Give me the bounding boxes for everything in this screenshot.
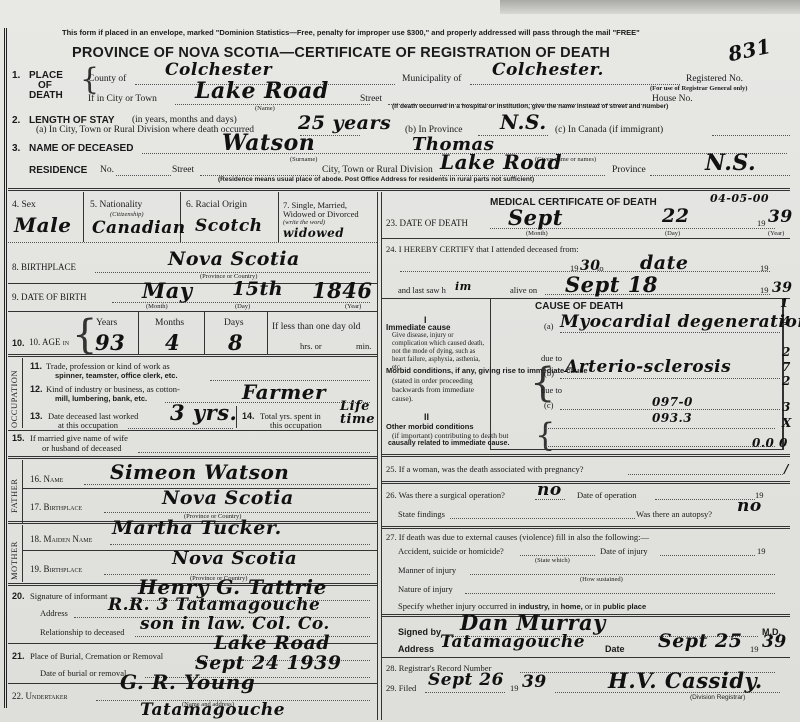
age-months-label: Months: [155, 318, 184, 328]
autopsy-label: Was there an autopsy?: [636, 509, 712, 519]
length-of-stay-num: 2.: [12, 115, 20, 126]
spouse-line1: If married give name of wife: [30, 433, 128, 443]
cause-a-value: Myocardial degeneration: [560, 312, 800, 332]
coding-mark: 0.0 0: [752, 436, 788, 450]
q11-line2: spinner, teamster, office clerk, etc.: [55, 371, 178, 380]
other-conditions-bold: causally related to immediate cause.: [388, 440, 509, 447]
deceased-name-label: NAME OF DECEASED: [29, 143, 133, 154]
alive-on-label: alive on: [510, 285, 537, 295]
mother-side-label: MOTHER: [9, 541, 19, 580]
cause-a-label: (a): [544, 321, 553, 331]
due-to-2: due to: [541, 385, 562, 395]
q11-line1: Trade, profession or kind of work as: [46, 361, 170, 371]
hrs-label: hrs. or: [300, 341, 322, 351]
manner-label: Manner of injury: [398, 565, 456, 575]
stay-province-value: N.S.: [500, 110, 547, 134]
brace: {: [535, 416, 555, 454]
dob-day: 15th: [232, 278, 283, 300]
alive-year-prefix: 19: [760, 285, 769, 295]
registered-no-note: (For use of Registrar General only): [650, 85, 747, 92]
q27-label: 27. If death was due to external causes …: [386, 532, 649, 542]
nationality-label: 5. Nationality: [90, 200, 142, 210]
mailing-notice: This form if placed in an envelope, mark…: [62, 28, 640, 37]
residence-city-value: Lake Road: [440, 150, 562, 174]
cause-b-value: Arterio-sclerosis: [565, 357, 731, 377]
q26-value: no: [537, 480, 562, 500]
street-label: Street: [360, 94, 382, 104]
hospital-note: (If death occurred in a hospital or inst…: [392, 103, 668, 110]
informant-address-label: Address: [40, 608, 68, 618]
father-birthplace-value: Nova Scotia: [162, 487, 294, 509]
alive-year: 39: [772, 280, 792, 296]
q12-value: Farmer: [242, 380, 326, 404]
min-label: min.: [356, 341, 371, 351]
stay-canada-label: (c) In Canada (if immigrant): [555, 125, 663, 135]
filed-label: 29. Filed: [386, 683, 416, 693]
dob-label: 9. DATE OF BIRTH: [12, 292, 86, 302]
other-conditions-note: (if important) contributing to death but: [392, 431, 508, 440]
q14-num: 14.: [242, 411, 255, 421]
left-border: [4, 28, 7, 708]
filed-year: 39: [522, 672, 547, 692]
residence-note: (Residence means usual place of abode. P…: [218, 176, 534, 183]
age-label: 10. AGE in: [29, 337, 69, 347]
age-months-value: 4: [165, 330, 180, 355]
last-saw-pronoun: im: [455, 280, 472, 293]
spouse-num: 15.: [12, 433, 25, 443]
cause-code-2: 093.3: [652, 411, 692, 425]
dod-year-caption: (Year): [768, 230, 784, 237]
immediate-cause-label: Immediate cause: [386, 323, 450, 332]
mother-maiden-label: 18. Maiden Name: [30, 534, 92, 544]
dob-month-caption: (Month): [146, 303, 168, 310]
signature-year: 39: [762, 632, 787, 652]
coding-mark: 2: [782, 345, 791, 359]
burial-place-label: Place of Burial, Cremation or Removal: [30, 651, 163, 661]
racial-origin-label: 6. Racial Origin: [186, 200, 247, 210]
father-name-label: 16. Name: [30, 474, 63, 484]
findings-label: State findings: [398, 509, 445, 519]
relationship-label: Relationship to deceased: [40, 627, 125, 637]
place-of-death-num: 1.: [12, 70, 20, 81]
father-side-label: FATHER: [9, 479, 19, 514]
dod-month: Sept: [508, 205, 563, 230]
informant-signature-label: Signature of informant: [30, 591, 107, 601]
q11-num: 11.: [30, 361, 42, 371]
cause-c-label: (c): [544, 400, 553, 410]
q12-num: 12.: [30, 384, 43, 394]
dod-day: 22: [662, 205, 689, 227]
alive-on-value: Sept 18: [565, 272, 658, 297]
age-num: 10.: [12, 338, 25, 348]
length-of-stay-note: (in years, months and days): [132, 115, 237, 125]
q14-line2: this occupation: [270, 420, 322, 430]
injury-date-label: Date of injury: [600, 546, 648, 556]
county-label: County of: [88, 74, 126, 84]
dob-day-caption: (Day): [235, 303, 250, 310]
cause-heading: CAUSE OF DEATH: [535, 301, 623, 312]
father-name-value: Simeon Watson: [110, 460, 289, 484]
municipality-value: Colchester.: [492, 60, 604, 80]
q13-value: 3 yrs.: [170, 400, 237, 425]
brace: {: [72, 312, 97, 358]
dod-month-caption: (Month): [526, 230, 548, 237]
to-value: date: [640, 252, 688, 274]
accident-label: Accident, suicide or homicide?: [398, 546, 504, 556]
residence-no-label: No.: [100, 165, 114, 175]
injury-year-prefix: 19: [757, 546, 766, 556]
age-days-value: 8: [228, 330, 243, 355]
spouse-line2: or husband of deceased: [42, 443, 122, 453]
division-registrar-value: H.V. Cassidy.: [608, 668, 763, 693]
q13-num: 13.: [30, 411, 43, 421]
doctor-address-value: Tatamagouche: [440, 632, 585, 652]
to-year-prefix: 19: [760, 263, 769, 273]
city-or-town-label: If in City or Town: [88, 94, 157, 104]
signed-by-label: Signed by: [398, 627, 441, 637]
undertaker-value: G. R. Young: [120, 670, 255, 694]
q13-line2: at this occupation: [58, 420, 118, 430]
q26-label: 26. Was there a surgical operation?: [386, 490, 505, 500]
registered-no-label: Registered No.: [686, 74, 743, 84]
dob-year: 1846: [312, 278, 372, 303]
cause-c-value: 097-0: [652, 395, 693, 409]
residence-province-value: N.S.: [705, 150, 756, 176]
surname-caption: (Surname): [290, 156, 317, 163]
informant-num: 20.: [12, 591, 25, 601]
section-two-num: II: [424, 412, 429, 422]
relationship-value: son in law. Col. Co.: [140, 614, 330, 634]
name-caption: (Name): [255, 105, 275, 112]
age-years-label: Years: [96, 318, 117, 328]
morbid-note: (stated in order proceeding backwards fr…: [392, 376, 488, 403]
residence-province-label: Province: [612, 165, 646, 175]
burial-date-label: Date of burial or removal: [40, 668, 126, 678]
coding-mark: 1: [780, 296, 789, 310]
q12-line2: mill, lumbering, bank, etc.: [55, 394, 147, 403]
q25-label: 25. If a woman, was the death associated…: [386, 464, 584, 474]
q14-value: Life time: [340, 400, 376, 426]
filed-year-prefix: 19: [510, 683, 519, 693]
signature-date-label: Date: [605, 644, 625, 654]
father-birthplace-label: 17. Birthplace: [30, 502, 82, 512]
morbid-label: Morbid conditions, if any, giving rise t…: [386, 366, 588, 375]
coding-mark: 7: [782, 360, 791, 374]
last-saw-label: and last saw h: [398, 285, 446, 295]
residence-city-label: City, Town or Rural Division: [322, 165, 433, 175]
deceased-name-num: 3.: [12, 143, 20, 154]
state-which-caption: (State which): [535, 557, 570, 564]
age-days-label: Days: [224, 318, 244, 328]
residence-label: RESIDENCE: [29, 165, 87, 176]
mother-birthplace-value: Nova Scotia: [172, 548, 297, 569]
doctor-address-label: Address: [398, 644, 434, 654]
mother-birthplace-label: 19. Birthplace: [30, 564, 82, 574]
signature-year-prefix: 19: [750, 644, 759, 654]
city-or-town-value: Lake Road: [195, 78, 329, 104]
mother-maiden-value: Martha Tucker.: [112, 517, 282, 539]
how-sustained-caption: (How sustained): [580, 576, 623, 583]
racial-origin-value: Scotch: [195, 216, 263, 236]
birthplace-label: 8. BIRTHPLACE: [12, 262, 76, 272]
coding-mark: 3: [782, 400, 791, 414]
signature-date-value: Sept 25: [658, 630, 742, 652]
marital-note: (write the word): [283, 219, 325, 226]
stamp-date: 04-05-00: [710, 192, 769, 205]
marital-label-2: Widowed or Divorced: [283, 209, 359, 219]
autopsy-value: no: [737, 496, 762, 516]
dod-day-caption: (Day): [665, 230, 680, 237]
q25-value: /: [784, 462, 789, 476]
dod-year-prefix: 19: [757, 218, 766, 228]
nature-label: Nature of injury: [398, 584, 453, 594]
dod-label: 23. DATE OF DEATH: [386, 218, 468, 228]
informant-address-value: R.R. 3 Tatamagouche: [108, 595, 320, 615]
occupation-side-label: OCCUPATION: [9, 370, 19, 428]
sex-value: Male: [14, 213, 71, 237]
certify-label: 24. I HEREBY CERTIFY that I attended dec…: [386, 244, 579, 254]
coding-mark: 4: [782, 314, 791, 328]
marital-value: widowed: [283, 226, 344, 240]
municipality-label: Municipality of: [402, 74, 461, 84]
less-than-day-label: If less than one day old: [272, 322, 360, 332]
dob-month: May: [142, 278, 193, 303]
operation-date-label: Date of operation: [577, 490, 636, 500]
age-years-value: 93: [95, 330, 125, 355]
birthplace-value: Nova Scotia: [168, 248, 300, 270]
coding-mark: 2: [782, 374, 791, 388]
division-registrar-caption: (Division Registrar): [690, 694, 745, 701]
undertaker-label: 22. Undertaker: [12, 691, 68, 701]
other-conditions-label: Other morbid conditions: [386, 422, 474, 431]
death-label: DEATH: [29, 90, 63, 101]
filed-date-value: Sept 26: [428, 670, 504, 690]
certificate-title: PROVINCE OF NOVA SCOTIA—CERTIFICATE OF R…: [72, 45, 610, 61]
q12-line1: Kind of industry or business, as cotton-: [46, 384, 180, 394]
deceased-surname: Watson: [222, 130, 315, 156]
sex-label: 4. Sex: [12, 200, 36, 210]
undertaker-address-value: Tatamagouche: [140, 700, 285, 720]
dob-year-caption: (Year): [345, 303, 361, 310]
dod-year: 39: [768, 207, 793, 227]
residence-street-label: Street: [172, 165, 194, 175]
scan-shadow: [500, 0, 800, 14]
burial-num: 21.: [12, 651, 25, 661]
burial-place-value: Lake Road: [214, 632, 330, 654]
coding-mark: X: [782, 416, 792, 430]
nationality-value: Canadian: [92, 218, 186, 238]
county-value: Colchester: [165, 60, 272, 80]
nationality-note: (Citizenship): [110, 211, 144, 218]
cause-b-label: (b): [544, 368, 554, 378]
